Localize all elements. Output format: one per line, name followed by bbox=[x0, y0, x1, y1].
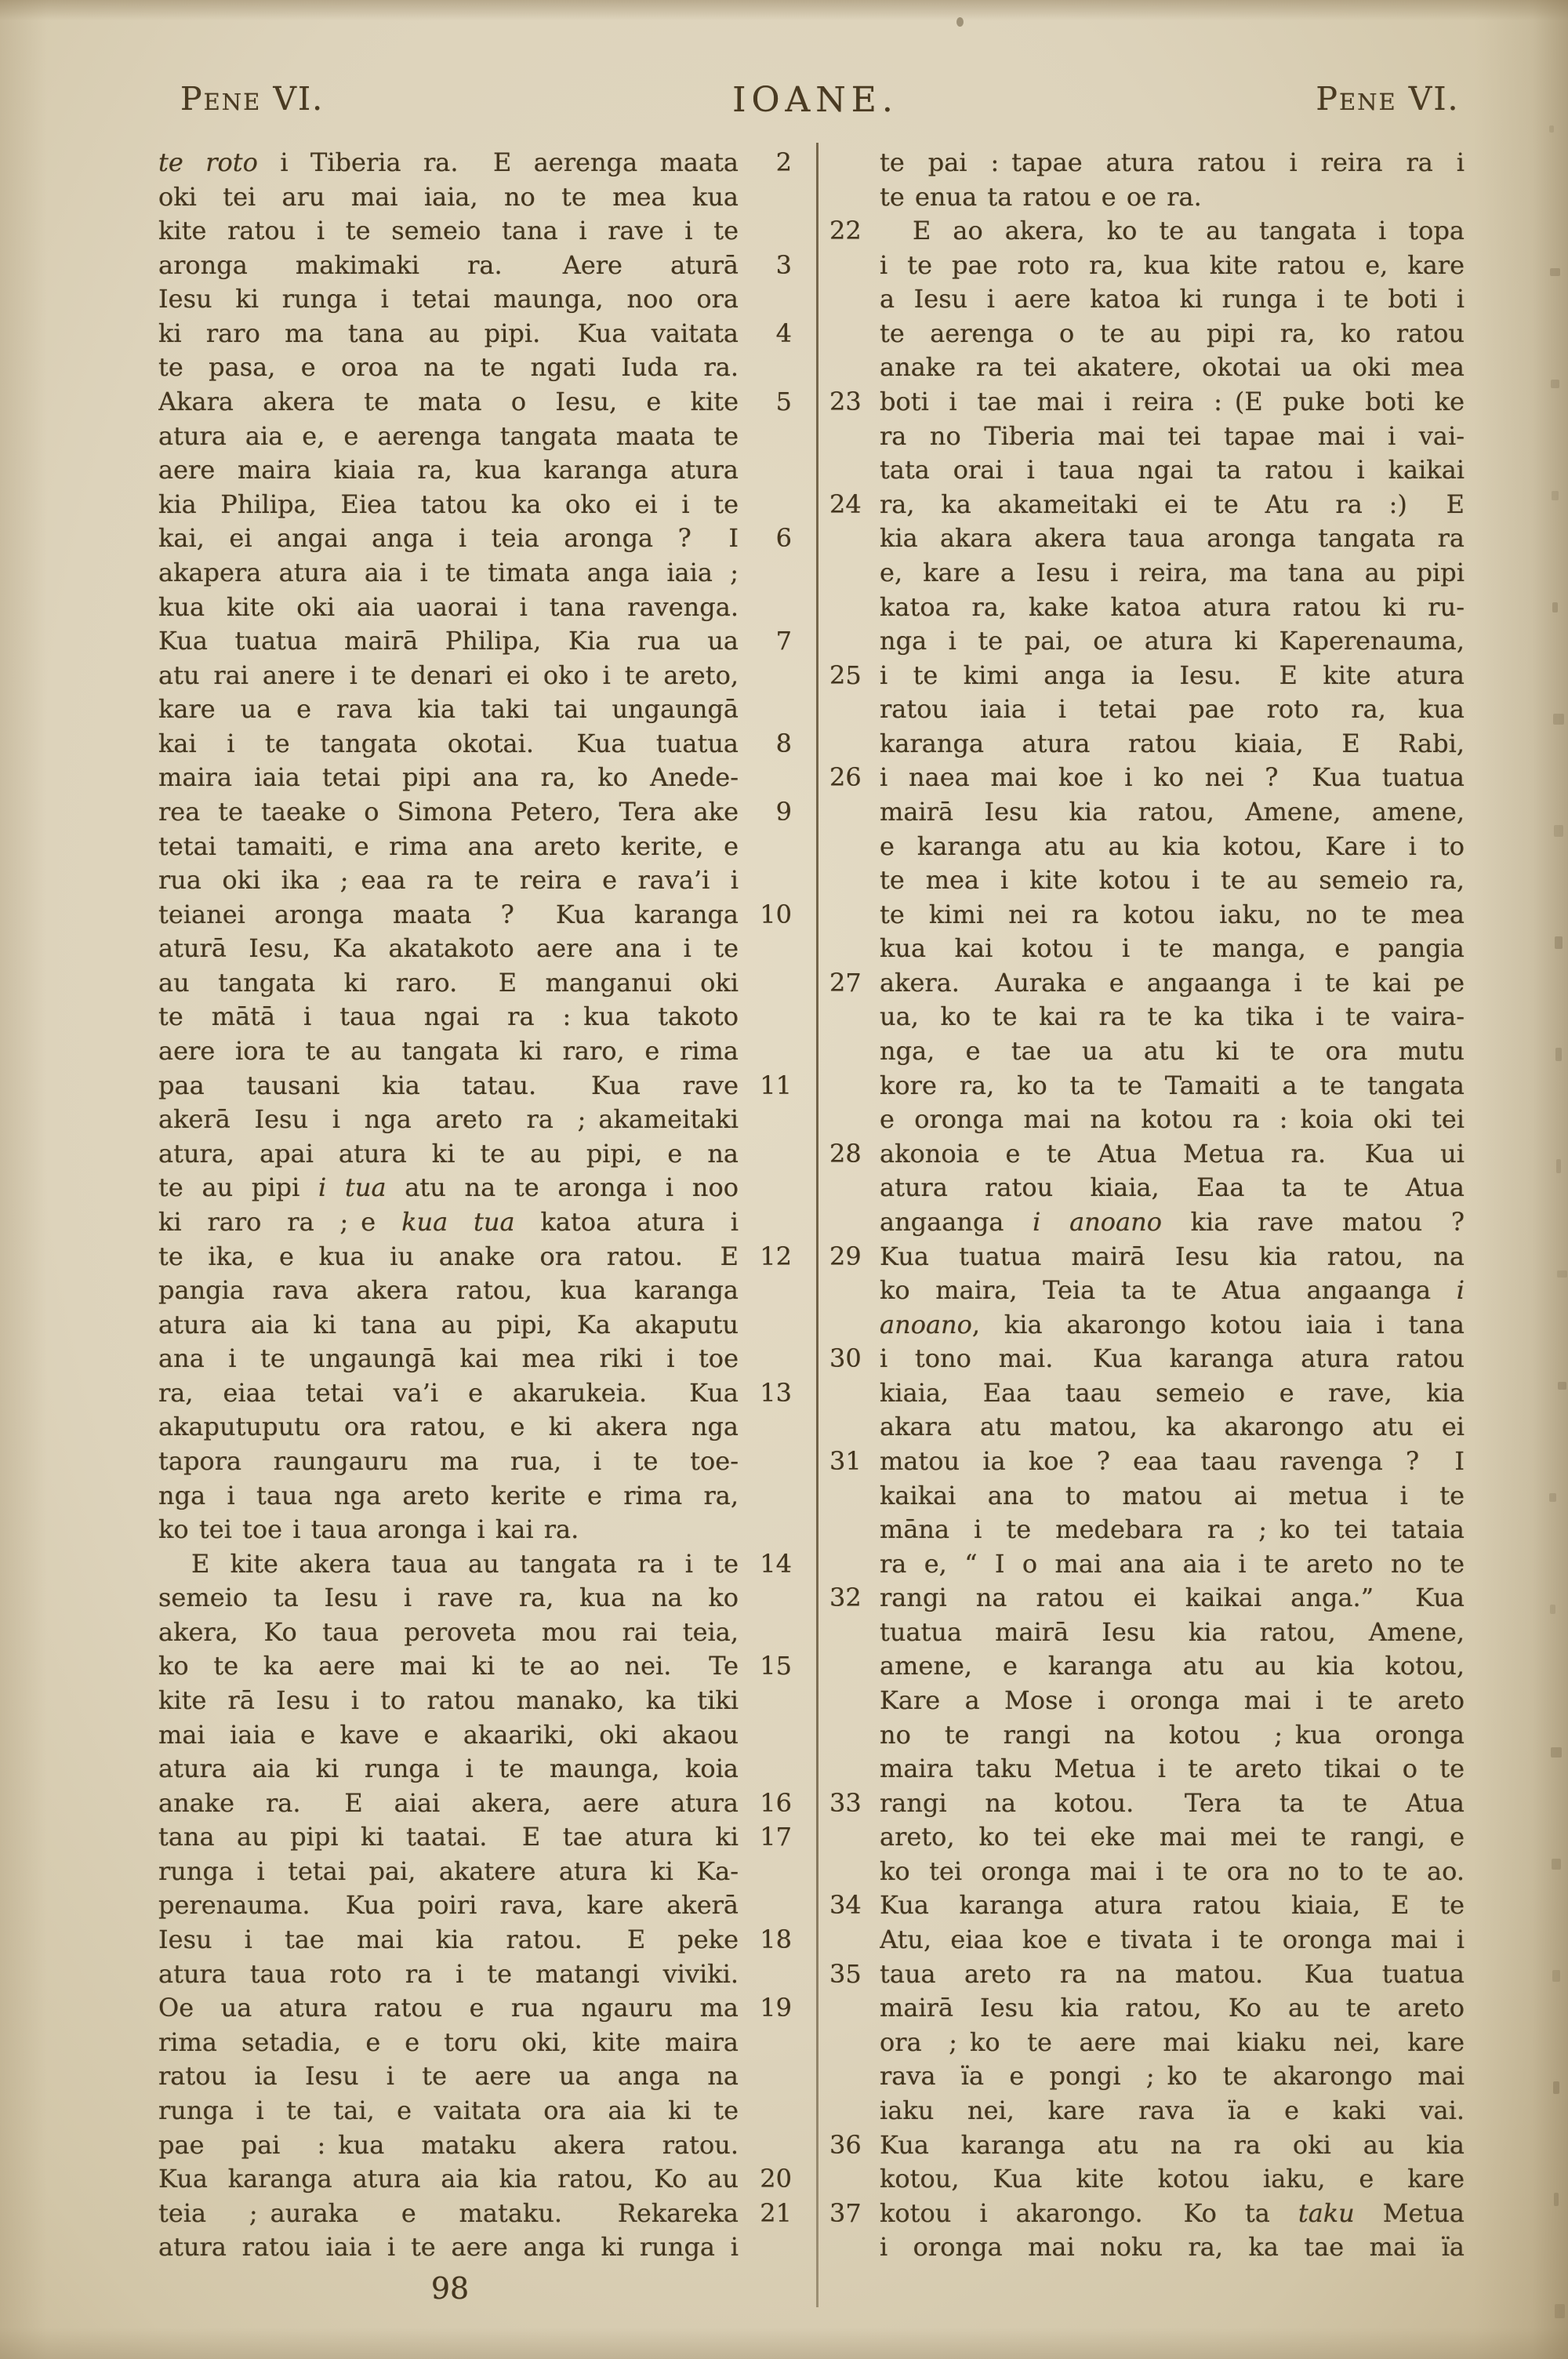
verse-number bbox=[828, 1034, 880, 1069]
verse-number bbox=[739, 863, 795, 898]
text-line: atu rai anere i te denari ei oko i te ar… bbox=[158, 659, 800, 693]
verse-text: akerā Iesu i nga areto ra ; akameitaki bbox=[158, 1103, 739, 1137]
text-line: perenauma. Kua poiri rava, kare akerā bbox=[158, 1888, 800, 1923]
verse-text: angaanga i anoano kia rave matou ? bbox=[880, 1205, 1465, 1240]
text-line: ra e, “ I o mai ana aia i te areto no te bbox=[828, 1547, 1475, 1582]
verse-number: 3 bbox=[739, 249, 795, 283]
page-number: 98 bbox=[160, 2271, 740, 2306]
verse-number bbox=[739, 214, 795, 249]
text-line: te mea i kite kotou i te au semeio ra, bbox=[828, 863, 1475, 898]
verse-text: te kimi nei ra kotou iaku, no te mea bbox=[880, 898, 1465, 932]
verse-number bbox=[739, 932, 795, 966]
verse-text: kiaia, Eaa taau semeio e rave, kia bbox=[880, 1376, 1465, 1411]
verse-text: anake ra. E aiai akera, aere atura bbox=[158, 1787, 739, 1821]
verse-text: ra, ka akameitaki ei te Atu ra :) E bbox=[880, 488, 1465, 522]
verse-number bbox=[739, 1103, 795, 1137]
verse-text: atura, apai atura ki te au pipi, e na bbox=[158, 1137, 739, 1172]
text-line: angaanga i anoano kia rave matou ? bbox=[828, 1205, 1475, 1240]
verse-number: 10 bbox=[739, 898, 795, 932]
verse-text: akera, Ko taua peroveta mou rai teia, bbox=[158, 1616, 739, 1650]
text-line: ra no Tiberia mai tei tapae mai i vai- bbox=[828, 420, 1475, 454]
verse-text: areto, ko tei eke mai mei te rangi, e bbox=[880, 1820, 1465, 1855]
text-line: kore ra, ko ta te Tamaiti a te tangata bbox=[828, 1069, 1475, 1103]
verse-text: taua areto ra na matou. Kua tuatua bbox=[880, 1957, 1465, 1992]
verse-number bbox=[828, 420, 880, 454]
text-line: aere iora te au tangata ki raro, e rima bbox=[158, 1034, 800, 1069]
text-line: maira iaia tetai pipi ana ra, ko Anede- bbox=[158, 761, 800, 795]
text-line: 30i tono mai. Kua karanga atura ratou bbox=[828, 1342, 1475, 1376]
text-line: tana au pipi ki taatai. E tae atura ki17 bbox=[158, 1820, 800, 1855]
text-line: 29Kua tuatua mairā Iesu kia ratou, na bbox=[828, 1240, 1475, 1274]
verse-number bbox=[828, 2094, 880, 2128]
text-line: ki raro ma tana au pipi. Kua vaitata4 bbox=[158, 317, 800, 351]
verse-number: 4 bbox=[739, 317, 795, 351]
text-line: mai iaia e kave e akaariki, oki akaou bbox=[158, 1718, 800, 1753]
text-line: kare ua e rava kia taki tai ungaungā bbox=[158, 692, 800, 727]
verse-text: te mea i kite kotou i te au semeio ra, bbox=[880, 863, 1465, 898]
verse-number bbox=[828, 1820, 880, 1855]
verse-number bbox=[739, 556, 795, 591]
verse-number bbox=[739, 1855, 795, 1889]
verse-text: atura taua roto ra i te matangi viviki. bbox=[158, 1957, 739, 1992]
verse-text: teianei aronga maata ? Kua karanga bbox=[158, 898, 739, 932]
verse-number bbox=[739, 2026, 795, 2060]
verse-number: 6 bbox=[739, 522, 795, 556]
text-line: 34Kua karanga atura ratou kiaia, E te bbox=[828, 1888, 1475, 1923]
verse-number bbox=[828, 1103, 880, 1137]
text-line: no te rangi na kotou ; kua oronga bbox=[828, 1718, 1475, 1753]
verse-number: 37 bbox=[828, 2197, 880, 2231]
verse-number: 11 bbox=[739, 1069, 795, 1103]
verse-number bbox=[739, 1034, 795, 1069]
text-line: rima setadia, e e toru oki, kite maira bbox=[158, 2026, 800, 2060]
text-line: Iesu ki runga i tetai maunga, noo ora bbox=[158, 282, 800, 317]
running-head-chapter-right: Pene VI. bbox=[1286, 80, 1490, 124]
verse-number bbox=[739, 2230, 795, 2265]
text-column-right: te pai : tapae atura ratou i reira ra it… bbox=[828, 146, 1475, 2265]
verse-text: Kua tuatua mairā Philipa, Kia rua ua bbox=[158, 624, 739, 659]
bleedthrough-mark bbox=[1551, 380, 1559, 388]
verse-text: ratou iaia i tetai pae roto ra, kua bbox=[880, 692, 1465, 727]
verse-text: matou ia koe ? eaa taau ravenga ? I bbox=[880, 1445, 1465, 1479]
verse-text: akaputuputu ora ratou, e ki akera nga bbox=[158, 1410, 739, 1445]
verse-text: ra no Tiberia mai tei tapae mai i vai- bbox=[880, 420, 1465, 454]
verse-text: Kare a Mose i oronga mai i te areto bbox=[880, 1684, 1465, 1718]
text-line: ratou iaia i tetai pae roto ra, kua bbox=[828, 692, 1475, 727]
text-line: pangia rava akera ratou, kua karanga bbox=[158, 1274, 800, 1308]
verse-text: te roto i Tiberia ra. E aerenga maata bbox=[158, 146, 739, 180]
text-line: te enua ta ratou e oe ra. bbox=[828, 180, 1475, 215]
verse-text: perenauma. Kua poiri rava, kare akerā bbox=[158, 1888, 739, 1923]
text-line: akapera atura aia i te timata anga iaia … bbox=[158, 556, 800, 591]
verse-text: pae pai : kua mataku akera ratou. bbox=[158, 2128, 739, 2163]
verse-text: nga i te pai, oe atura ki Kaperenauma, bbox=[880, 624, 1465, 659]
verse-number: 35 bbox=[828, 1957, 880, 1992]
text-line: tetai tamaiti, e rima ana areto kerite, … bbox=[158, 830, 800, 864]
text-line: kotou, Kua kite kotou iaku, e kare bbox=[828, 2162, 1475, 2197]
text-line: aronga makimaki ra. Aere aturā3 bbox=[158, 249, 800, 283]
verse-number: 26 bbox=[828, 761, 880, 795]
verse-number bbox=[828, 1376, 880, 1411]
verse-number bbox=[739, 420, 795, 454]
text-line: aere maira kiaia ra, kua karanga atura bbox=[158, 453, 800, 488]
verse-number bbox=[828, 1718, 880, 1753]
verse-number bbox=[739, 351, 795, 385]
verse-number bbox=[828, 522, 880, 556]
verse-text: runga i te tai, e vaitata ora aia ki te bbox=[158, 2094, 739, 2128]
verse-number bbox=[739, 1957, 795, 1992]
bleedthrough-mark bbox=[1553, 2081, 1559, 2094]
bleedthrough-mark bbox=[1555, 2304, 1565, 2318]
text-line: e karanga atu au kia kotou, Kare i to bbox=[828, 830, 1475, 864]
verse-number bbox=[828, 351, 880, 385]
text-line: 23boti i tae mai i reira : (E puke boti … bbox=[828, 385, 1475, 420]
verse-text: ko tei toe i taua aronga i kai ra. bbox=[158, 1513, 739, 1547]
verse-number bbox=[739, 1888, 795, 1923]
verse-number bbox=[828, 282, 880, 317]
verse-number bbox=[828, 2230, 880, 2265]
verse-number bbox=[739, 2094, 795, 2128]
verse-text: kotou i akarongo. Ko ta taku Metua bbox=[880, 2197, 1465, 2231]
text-line: 33rangi na kotou. Tera ta te Atua bbox=[828, 1787, 1475, 1821]
verse-text: te au pipi i tua atu na te aronga i noo bbox=[158, 1171, 739, 1205]
verse-text: tana au pipi ki taatai. E tae atura ki bbox=[158, 1820, 739, 1855]
bleedthrough-mark bbox=[1550, 268, 1560, 276]
verse-text: rea te taeake o Simona Petero, Tera ake bbox=[158, 795, 739, 830]
verse-number bbox=[739, 1445, 795, 1479]
text-line: mairā Iesu kia ratou, Ko au te areto bbox=[828, 1991, 1475, 2026]
text-line: Akara akera te mata o Iesu, e kite5 bbox=[158, 385, 800, 420]
text-line: te kimi nei ra kotou iaku, no te mea bbox=[828, 898, 1475, 932]
verse-text: kai, ei angai anga i teia aronga ? I bbox=[158, 522, 739, 556]
bleedthrough-mark bbox=[1552, 602, 1558, 612]
text-line: semeio ta Iesu i rave ra, kua na ko bbox=[158, 1581, 800, 1616]
text-line: nga i taua nga areto kerite e rima ra, bbox=[158, 1479, 800, 1514]
verse-text: aere maira kiaia ra, kua karanga atura bbox=[158, 453, 739, 488]
verse-text: maira taku Metua i te areto tikai o te bbox=[880, 1752, 1465, 1787]
text-line: 27akera. Auraka e angaanga i te kai pe bbox=[828, 966, 1475, 1001]
text-line: 24ra, ka akameitaki ei te Atu ra :) E bbox=[828, 488, 1475, 522]
verse-number: 23 bbox=[828, 385, 880, 420]
text-line: a Iesu i aere katoa ki runga i te boti i bbox=[828, 282, 1475, 317]
verse-text: tetai tamaiti, e rima ana areto kerite, … bbox=[158, 830, 739, 864]
text-line: Atu, eiaa koe e tivata i te oronga mai i bbox=[828, 1923, 1475, 1957]
verse-number bbox=[739, 1308, 795, 1343]
verse-number: 34 bbox=[828, 1888, 880, 1923]
text-line: Iesu i tae mai kia ratou. E peke18 bbox=[158, 1923, 800, 1957]
text-line: 26i naea mai koe i ko nei ? Kua tuatua bbox=[828, 761, 1475, 795]
verse-number bbox=[828, 1752, 880, 1787]
verse-number bbox=[828, 1171, 880, 1205]
verse-number bbox=[739, 453, 795, 488]
verse-text: tata orai i taua ngai ta ratou i kaikai bbox=[880, 453, 1465, 488]
verse-number bbox=[828, 2162, 880, 2197]
verse-text: tuatua mairā Iesu kia ratou, Amene, bbox=[880, 1616, 1465, 1650]
verse-text: rava ïa e pongi ; ko te akarongo mai bbox=[880, 2059, 1465, 2094]
text-line: 28akonoia e te Atua Metua ra. Kua ui bbox=[828, 1137, 1475, 1172]
verse-number bbox=[739, 659, 795, 693]
bleedthrough-mark bbox=[1555, 936, 1563, 949]
verse-text: atura ratou kiaia, Eaa ta te Atua bbox=[880, 1171, 1465, 1205]
verse-text: e karanga atu au kia kotou, Kare i to bbox=[880, 830, 1465, 864]
text-line: ko tei oronga mai i te ora no to te ao. bbox=[828, 1855, 1475, 1889]
verse-text: iaku nei, kare rava ïa e kaki vai. bbox=[880, 2094, 1465, 2128]
text-line: au tangata ki raro. E manganui oki bbox=[158, 966, 800, 1001]
text-line: te pai : tapae atura ratou i reira ra i bbox=[828, 146, 1475, 180]
verse-text: Kua tuatua mairā Iesu kia ratou, na bbox=[880, 1240, 1465, 1274]
verse-number: 25 bbox=[828, 659, 880, 693]
text-line: atura aia ki tana au pipi, Ka akaputu bbox=[158, 1308, 800, 1343]
text-line: kiaia, Eaa taau semeio e rave, kia bbox=[828, 1376, 1475, 1411]
verse-number: 22 bbox=[828, 214, 880, 249]
verse-number bbox=[739, 591, 795, 625]
verse-text: Kua karanga atura ratou kiaia, E te bbox=[880, 1888, 1465, 1923]
verse-text: au tangata ki raro. E manganui oki bbox=[158, 966, 739, 1001]
verse-text: paa tausani kia tatau. Kua rave bbox=[158, 1069, 739, 1103]
verse-number bbox=[739, 1274, 795, 1308]
bleedthrough-mark bbox=[1549, 1493, 1556, 1502]
verse-text: Kua karanga atu na ra oki au kia bbox=[880, 2128, 1465, 2163]
text-line: i oronga mai noku ra, ka tae mai ïa bbox=[828, 2230, 1475, 2265]
verse-number bbox=[828, 830, 880, 864]
verse-number: 14 bbox=[739, 1547, 795, 1582]
text-line: amene, e karanga atu au kia kotou, bbox=[828, 1649, 1475, 1684]
text-line: Kua karanga atura aia kia ratou, Ko au20 bbox=[158, 2162, 800, 2197]
text-line: anoano, kia akarongo kotou iaia i tana bbox=[828, 1308, 1475, 1343]
verse-text: te enua ta ratou e oe ra. bbox=[880, 180, 1465, 215]
text-line: rava ïa e pongi ; ko te akarongo mai bbox=[828, 2059, 1475, 2094]
verse-text: no te rangi na kotou ; kua oronga bbox=[880, 1718, 1465, 1753]
text-line: kua kite oki aia uaorai i tana ravenga. bbox=[158, 591, 800, 625]
verse-number bbox=[739, 966, 795, 1001]
verse-text: mai iaia e kave e akaariki, oki akaou bbox=[158, 1718, 739, 1753]
verse-text: ko maira, Teia ta te Atua angaanga i bbox=[880, 1274, 1465, 1308]
verse-number bbox=[828, 1684, 880, 1718]
text-line: ra, eiaa tetai va’i e akarukeia. Kua13 bbox=[158, 1376, 800, 1411]
text-line: paa tausani kia tatau. Kua rave11 bbox=[158, 1069, 800, 1103]
verse-text: karanga atura ratou kiaia, E Rabi, bbox=[880, 727, 1465, 761]
bleedthrough-mark bbox=[1551, 1747, 1562, 1757]
verse-text: i tono mai. Kua karanga atura ratou bbox=[880, 1342, 1465, 1376]
verse-text: semeio ta Iesu i rave ra, kua na ko bbox=[158, 1581, 739, 1616]
text-line: ratou ia Iesu i te aere ua anga na bbox=[158, 2059, 800, 2094]
verse-text: aronga makimaki ra. Aere aturā bbox=[158, 249, 739, 283]
verse-text: akapera atura aia i te timata anga iaia … bbox=[158, 556, 739, 591]
verse-number bbox=[828, 2059, 880, 2094]
text-line: anake ra. E aiai akera, aere atura16 bbox=[158, 1787, 800, 1821]
verse-text: kotou, Kua kite kotou iaku, e kare bbox=[880, 2162, 1465, 2197]
verse-number bbox=[828, 146, 880, 180]
verse-number bbox=[828, 1410, 880, 1445]
text-line: e oronga mai na kotou ra : koia oki tei bbox=[828, 1103, 1475, 1137]
verse-text: tapora raungauru ma rua, i te toe- bbox=[158, 1445, 739, 1479]
verse-text: atura aia ki runga i te maunga, koia bbox=[158, 1752, 739, 1787]
text-line: rea te taeake o Simona Petero, Tera ake9 bbox=[158, 795, 800, 830]
verse-text: atura ratou iaia i te aere anga ki runga… bbox=[158, 2230, 739, 2265]
verse-number: 5 bbox=[739, 385, 795, 420]
verse-number bbox=[739, 180, 795, 215]
verse-number bbox=[739, 1342, 795, 1376]
verse-text: atura aia e, e aerenga tangata maata te bbox=[158, 420, 739, 454]
bleedthrough-mark bbox=[1550, 1605, 1555, 1614]
verse-number bbox=[739, 1171, 795, 1205]
text-line: atura taua roto ra i te matangi viviki. bbox=[158, 1957, 800, 1992]
verse-text: Atu, eiaa koe e tivata i te oronga mai i bbox=[880, 1923, 1465, 1957]
text-line: tata orai i taua ngai ta ratou i kaikai bbox=[828, 453, 1475, 488]
text-line: pae pai : kua mataku akera ratou. bbox=[158, 2128, 800, 2163]
verse-text: amene, e karanga atu au kia kotou, bbox=[880, 1649, 1465, 1684]
verse-number bbox=[828, 1547, 880, 1582]
text-line: 32rangi na ratou ei kaikai anga.” Kua bbox=[828, 1581, 1475, 1616]
text-line: kite rā Iesu i to ratou manako, ka tiki bbox=[158, 1684, 800, 1718]
verse-number: 16 bbox=[739, 1787, 795, 1821]
text-line: ora ; ko te aere mai kiaku nei, kare bbox=[828, 2026, 1475, 2060]
paper-speck bbox=[956, 17, 964, 27]
verse-text: te mātā i taua ngai ra : kua takoto bbox=[158, 1000, 739, 1034]
text-line: iaku nei, kare rava ïa e kaki vai. bbox=[828, 2094, 1475, 2128]
verse-number: 2 bbox=[739, 146, 795, 180]
text-line: kia akara akera taua aronga tangata ra bbox=[828, 522, 1475, 556]
bleedthrough-mark bbox=[1554, 2193, 1559, 2206]
verse-number: 17 bbox=[739, 1820, 795, 1855]
verse-text: akera. Auraka e angaanga i te kai pe bbox=[880, 966, 1465, 1001]
verse-text: rangi na ratou ei kaikai anga.” Kua bbox=[880, 1581, 1465, 1616]
text-line: kaikai ana to matou ai metua i te bbox=[828, 1479, 1475, 1514]
verse-number bbox=[828, 1513, 880, 1547]
bleedthrough-mark bbox=[1556, 1159, 1561, 1173]
text-line: māna i te medebara ra ; ko tei tataia bbox=[828, 1513, 1475, 1547]
text-line: kite ratou i te semeio tana i rave i te bbox=[158, 214, 800, 249]
verse-number bbox=[828, 453, 880, 488]
verse-number: 20 bbox=[739, 2162, 795, 2197]
verse-text: boti i tae mai i reira : (E puke boti ke bbox=[880, 385, 1465, 420]
verse-text: ko te ka aere mai ki te ao nei. Te bbox=[158, 1649, 739, 1684]
text-line: kua kai kotou i te manga, e pangia bbox=[828, 932, 1475, 966]
verse-number bbox=[828, 556, 880, 591]
verse-text: kua kite oki aia uaorai i tana ravenga. bbox=[158, 591, 739, 625]
text-line: 35taua areto ra na matou. Kua tuatua bbox=[828, 1957, 1475, 1992]
bleedthrough-mark bbox=[1552, 491, 1559, 500]
text-line: 22E ao akera, ko te au tangata i topa bbox=[828, 214, 1475, 249]
verse-number: 33 bbox=[828, 1787, 880, 1821]
bleedthrough-mark bbox=[1555, 1048, 1562, 1061]
verse-number bbox=[828, 1855, 880, 1889]
text-line: katoa ra, kake katoa atura ratou ki ru- bbox=[828, 591, 1475, 625]
text-line: aturā Iesu, Ka akatakoto aere ana i te bbox=[158, 932, 800, 966]
verse-number bbox=[828, 1000, 880, 1034]
verse-number: 29 bbox=[828, 1240, 880, 1274]
verse-text: i te kimi anga ia Iesu. E kite atura bbox=[880, 659, 1465, 693]
verse-text: te ika, e kua iu anake ora ratou. E bbox=[158, 1240, 739, 1274]
verse-number bbox=[739, 761, 795, 795]
verse-text: kare ua e rava kia taki tai ungaungā bbox=[158, 692, 739, 727]
verse-text: kia akara akera taua aronga tangata ra bbox=[880, 522, 1465, 556]
verse-number bbox=[828, 692, 880, 727]
text-line: Oe ua atura ratou e rua ngauru ma19 bbox=[158, 1991, 800, 2026]
verse-text: E kite akera taua au tangata ra i te bbox=[158, 1547, 739, 1582]
text-line: ko tei toe i taua aronga i kai ra. bbox=[158, 1513, 800, 1547]
verse-text: Akara akera te mata o Iesu, e kite bbox=[158, 385, 739, 420]
verse-number bbox=[739, 1410, 795, 1445]
verse-text: e oronga mai na kotou ra : koia oki tei bbox=[880, 1103, 1465, 1137]
verse-text: kaikai ana to matou ai metua i te bbox=[880, 1479, 1465, 1514]
verse-number bbox=[828, 249, 880, 283]
verse-text: runga i tetai pai, akatere atura ki Ka- bbox=[158, 1855, 739, 1889]
verse-text: Iesu ki runga i tetai maunga, noo ora bbox=[158, 282, 739, 317]
text-line: te roto i Tiberia ra. E aerenga maata2 bbox=[158, 146, 800, 180]
text-line: akerā Iesu i nga areto ra ; akameitaki bbox=[158, 1103, 800, 1137]
text-line: atura, apai atura ki te au pipi, e na bbox=[158, 1137, 800, 1172]
text-line: i te pae roto ra, kua kite ratou e, kare bbox=[828, 249, 1475, 283]
text-line: atura aia ki runga i te maunga, koia bbox=[158, 1752, 800, 1787]
verse-text: ra, eiaa tetai va’i e akarukeia. Kua bbox=[158, 1376, 739, 1411]
verse-text: māna i te medebara ra ; ko tei tataia bbox=[880, 1513, 1465, 1547]
text-line: ua, ko te kai ra te ka tika i te vaira- bbox=[828, 1000, 1475, 1034]
verse-text: atura aia ki tana au pipi, Ka akaputu bbox=[158, 1308, 739, 1343]
verse-text: Oe ua atura ratou e rua ngauru ma bbox=[158, 1991, 739, 2026]
verse-text: e, kare a Iesu i reira, ma tana au pipi bbox=[880, 556, 1465, 591]
verse-text: rangi na kotou. Tera ta te Atua bbox=[880, 1787, 1465, 1821]
text-line: areto, ko tei eke mai mei te rangi, e bbox=[828, 1820, 1475, 1855]
bleedthrough-mark bbox=[1549, 125, 1554, 133]
verse-text: aere iora te au tangata ki raro, e rima bbox=[158, 1034, 739, 1069]
verse-text: i te pae roto ra, kua kite ratou e, kare bbox=[880, 249, 1465, 283]
verse-number bbox=[828, 317, 880, 351]
verse-text: te pai : tapae atura ratou i reira ra i bbox=[880, 146, 1465, 180]
verse-number: 32 bbox=[828, 1581, 880, 1616]
text-line: rua oki ika ; eaa ra te reira e rava’i i bbox=[158, 863, 800, 898]
verse-number bbox=[739, 1137, 795, 1172]
text-line: maira taku Metua i te areto tikai o te bbox=[828, 1752, 1475, 1787]
text-line: ko maira, Teia ta te Atua angaanga i bbox=[828, 1274, 1475, 1308]
text-line: kai, ei angai anga i teia aronga ? I6 bbox=[158, 522, 800, 556]
verse-text: ki raro ma tana au pipi. Kua vaitata bbox=[158, 317, 739, 351]
bleedthrough-mark bbox=[1553, 714, 1564, 725]
text-line: anake ra tei akatere, okotai ua oki mea bbox=[828, 351, 1475, 385]
verse-number bbox=[739, 1479, 795, 1514]
verse-number bbox=[739, 1718, 795, 1753]
verse-text: katoa ra, kake katoa atura ratou ki ru- bbox=[880, 591, 1465, 625]
text-line: ko te ka aere mai ki te ao nei. Te15 bbox=[158, 1649, 800, 1684]
text-line: akaputuputu ora ratou, e ki akera nga bbox=[158, 1410, 800, 1445]
text-line: te aerenga o te au pipi ra, ko ratou bbox=[828, 317, 1475, 351]
verse-number bbox=[828, 591, 880, 625]
verse-number bbox=[739, 488, 795, 522]
verse-number bbox=[828, 1649, 880, 1684]
scanned-book-page: Pene VI. IOANE. Pene VI. te roto i Tiber… bbox=[0, 0, 1568, 2359]
verse-number bbox=[828, 2026, 880, 2060]
verse-text: kua kai kotou i te manga, e pangia bbox=[880, 932, 1465, 966]
verse-text: teia ; auraka e mataku. Rekareka bbox=[158, 2197, 739, 2231]
text-line: 25i te kimi anga ia Iesu. E kite atura bbox=[828, 659, 1475, 693]
verse-text: kai i te tangata okotai. Kua tuatua bbox=[158, 727, 739, 761]
verse-text: anake ra tei akatere, okotai ua oki mea bbox=[880, 351, 1465, 385]
verse-text: rua oki ika ; eaa ra te reira e rava’i i bbox=[158, 863, 739, 898]
verse-number: 36 bbox=[828, 2128, 880, 2163]
verse-number bbox=[828, 863, 880, 898]
verse-text: maira iaia tetai pipi ana ra, ko Anede- bbox=[158, 761, 739, 795]
verse-text: atu rai anere i te denari ei oko i te ar… bbox=[158, 659, 739, 693]
verse-number bbox=[828, 1479, 880, 1514]
verse-number: 12 bbox=[739, 1240, 795, 1274]
text-column-left: te roto i Tiberia ra. E aerenga maata2ok… bbox=[158, 146, 800, 2265]
verse-number: 18 bbox=[739, 1923, 795, 1957]
verse-number bbox=[828, 795, 880, 830]
verse-text: i naea mai koe i ko nei ? Kua tuatua bbox=[880, 761, 1465, 795]
verse-number bbox=[828, 898, 880, 932]
verse-text: rima setadia, e e toru oki, kite maira bbox=[158, 2026, 739, 2060]
text-line: ki raro ra ; e kua tua katoa atura i bbox=[158, 1205, 800, 1240]
